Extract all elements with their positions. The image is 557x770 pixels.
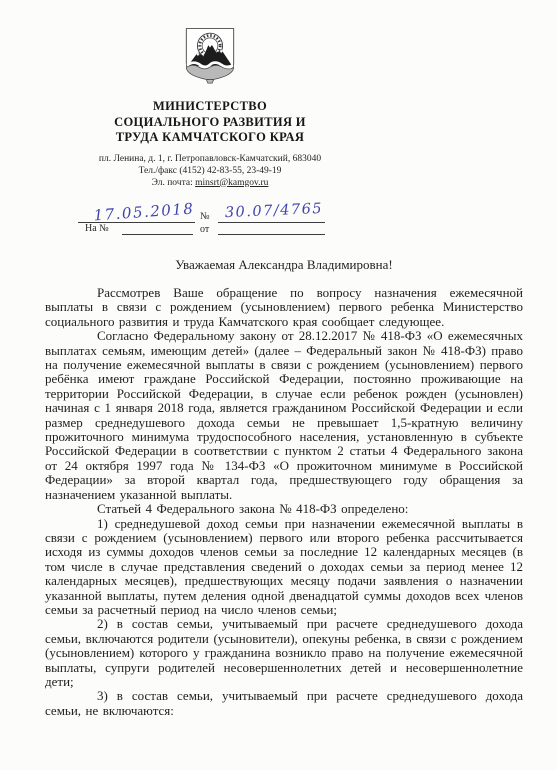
reply-date-underline xyxy=(218,234,325,235)
letterhead: МИНИСТЕРСТВО СОЦИАЛЬНОГО РАЗВИТИЯ И ТРУД… xyxy=(40,26,380,189)
scanned-letter-page: МИНИСТЕРСТВО СОЦИАЛЬНОГО РАЗВИТИЯ И ТРУД… xyxy=(0,0,557,770)
body-paragraph: Рассмотрев Ваше обращение по вопросу наз… xyxy=(45,286,523,329)
letter-body: Рассмотрев Ваше обращение по вопросу наз… xyxy=(45,286,523,718)
reply-number-underline xyxy=(122,234,193,235)
body-paragraph: 1) среднедушевой доход семьи при назначе… xyxy=(45,517,523,618)
postal-address: пл. Ленина, д. 1, г. Петропавловск-Камча… xyxy=(40,153,380,165)
coat-of-arms-icon xyxy=(184,26,236,84)
number-label: № xyxy=(200,211,210,222)
from-label: от xyxy=(200,224,209,235)
email-line: Эл. почта: minsrt@kamgov.ru xyxy=(40,177,380,189)
ministry-name-line: МИНИСТЕРСТВО xyxy=(40,99,380,115)
body-paragraph: 3) в состав семьи, учитываемый при расче… xyxy=(45,689,523,718)
ministry-name-line: ТРУДА КАМЧАТСКОГО КРАЯ xyxy=(40,130,380,146)
body-paragraph: Согласно Федеральному закону от 28.12.20… xyxy=(45,329,523,502)
ministry-name-line: СОЦИАЛЬНОГО РАЗВИТИЯ И xyxy=(40,115,380,131)
handwritten-number: 30.07/4765 xyxy=(224,201,325,221)
number-underline xyxy=(218,222,325,223)
email-label: Эл. почта: xyxy=(152,178,196,188)
salutation: Уважаемая Александра Владимировна! xyxy=(45,257,523,273)
ministry-name: МИНИСТЕРСТВО СОЦИАЛЬНОГО РАЗВИТИЯ И ТРУД… xyxy=(40,99,380,146)
contact-info: пл. Ленина, д. 1, г. Петропавловск-Камча… xyxy=(40,153,380,189)
handwritten-date: 17.05.2018 xyxy=(91,199,196,224)
phone-fax: Тел./факс (4152) 42-83-55, 23-49-19 xyxy=(40,165,380,177)
email-link[interactable]: minsrt@kamgov.ru xyxy=(195,178,268,188)
reply-to-label: На № xyxy=(85,223,109,234)
body-paragraph: Статьей 4 Федерального закона № 418-ФЗ о… xyxy=(45,502,523,516)
body-paragraph: 2) в состав семьи, учитываемый при расче… xyxy=(45,617,523,689)
reference-block: 17.05.2018 30.07/4765 № На № от xyxy=(0,200,557,248)
